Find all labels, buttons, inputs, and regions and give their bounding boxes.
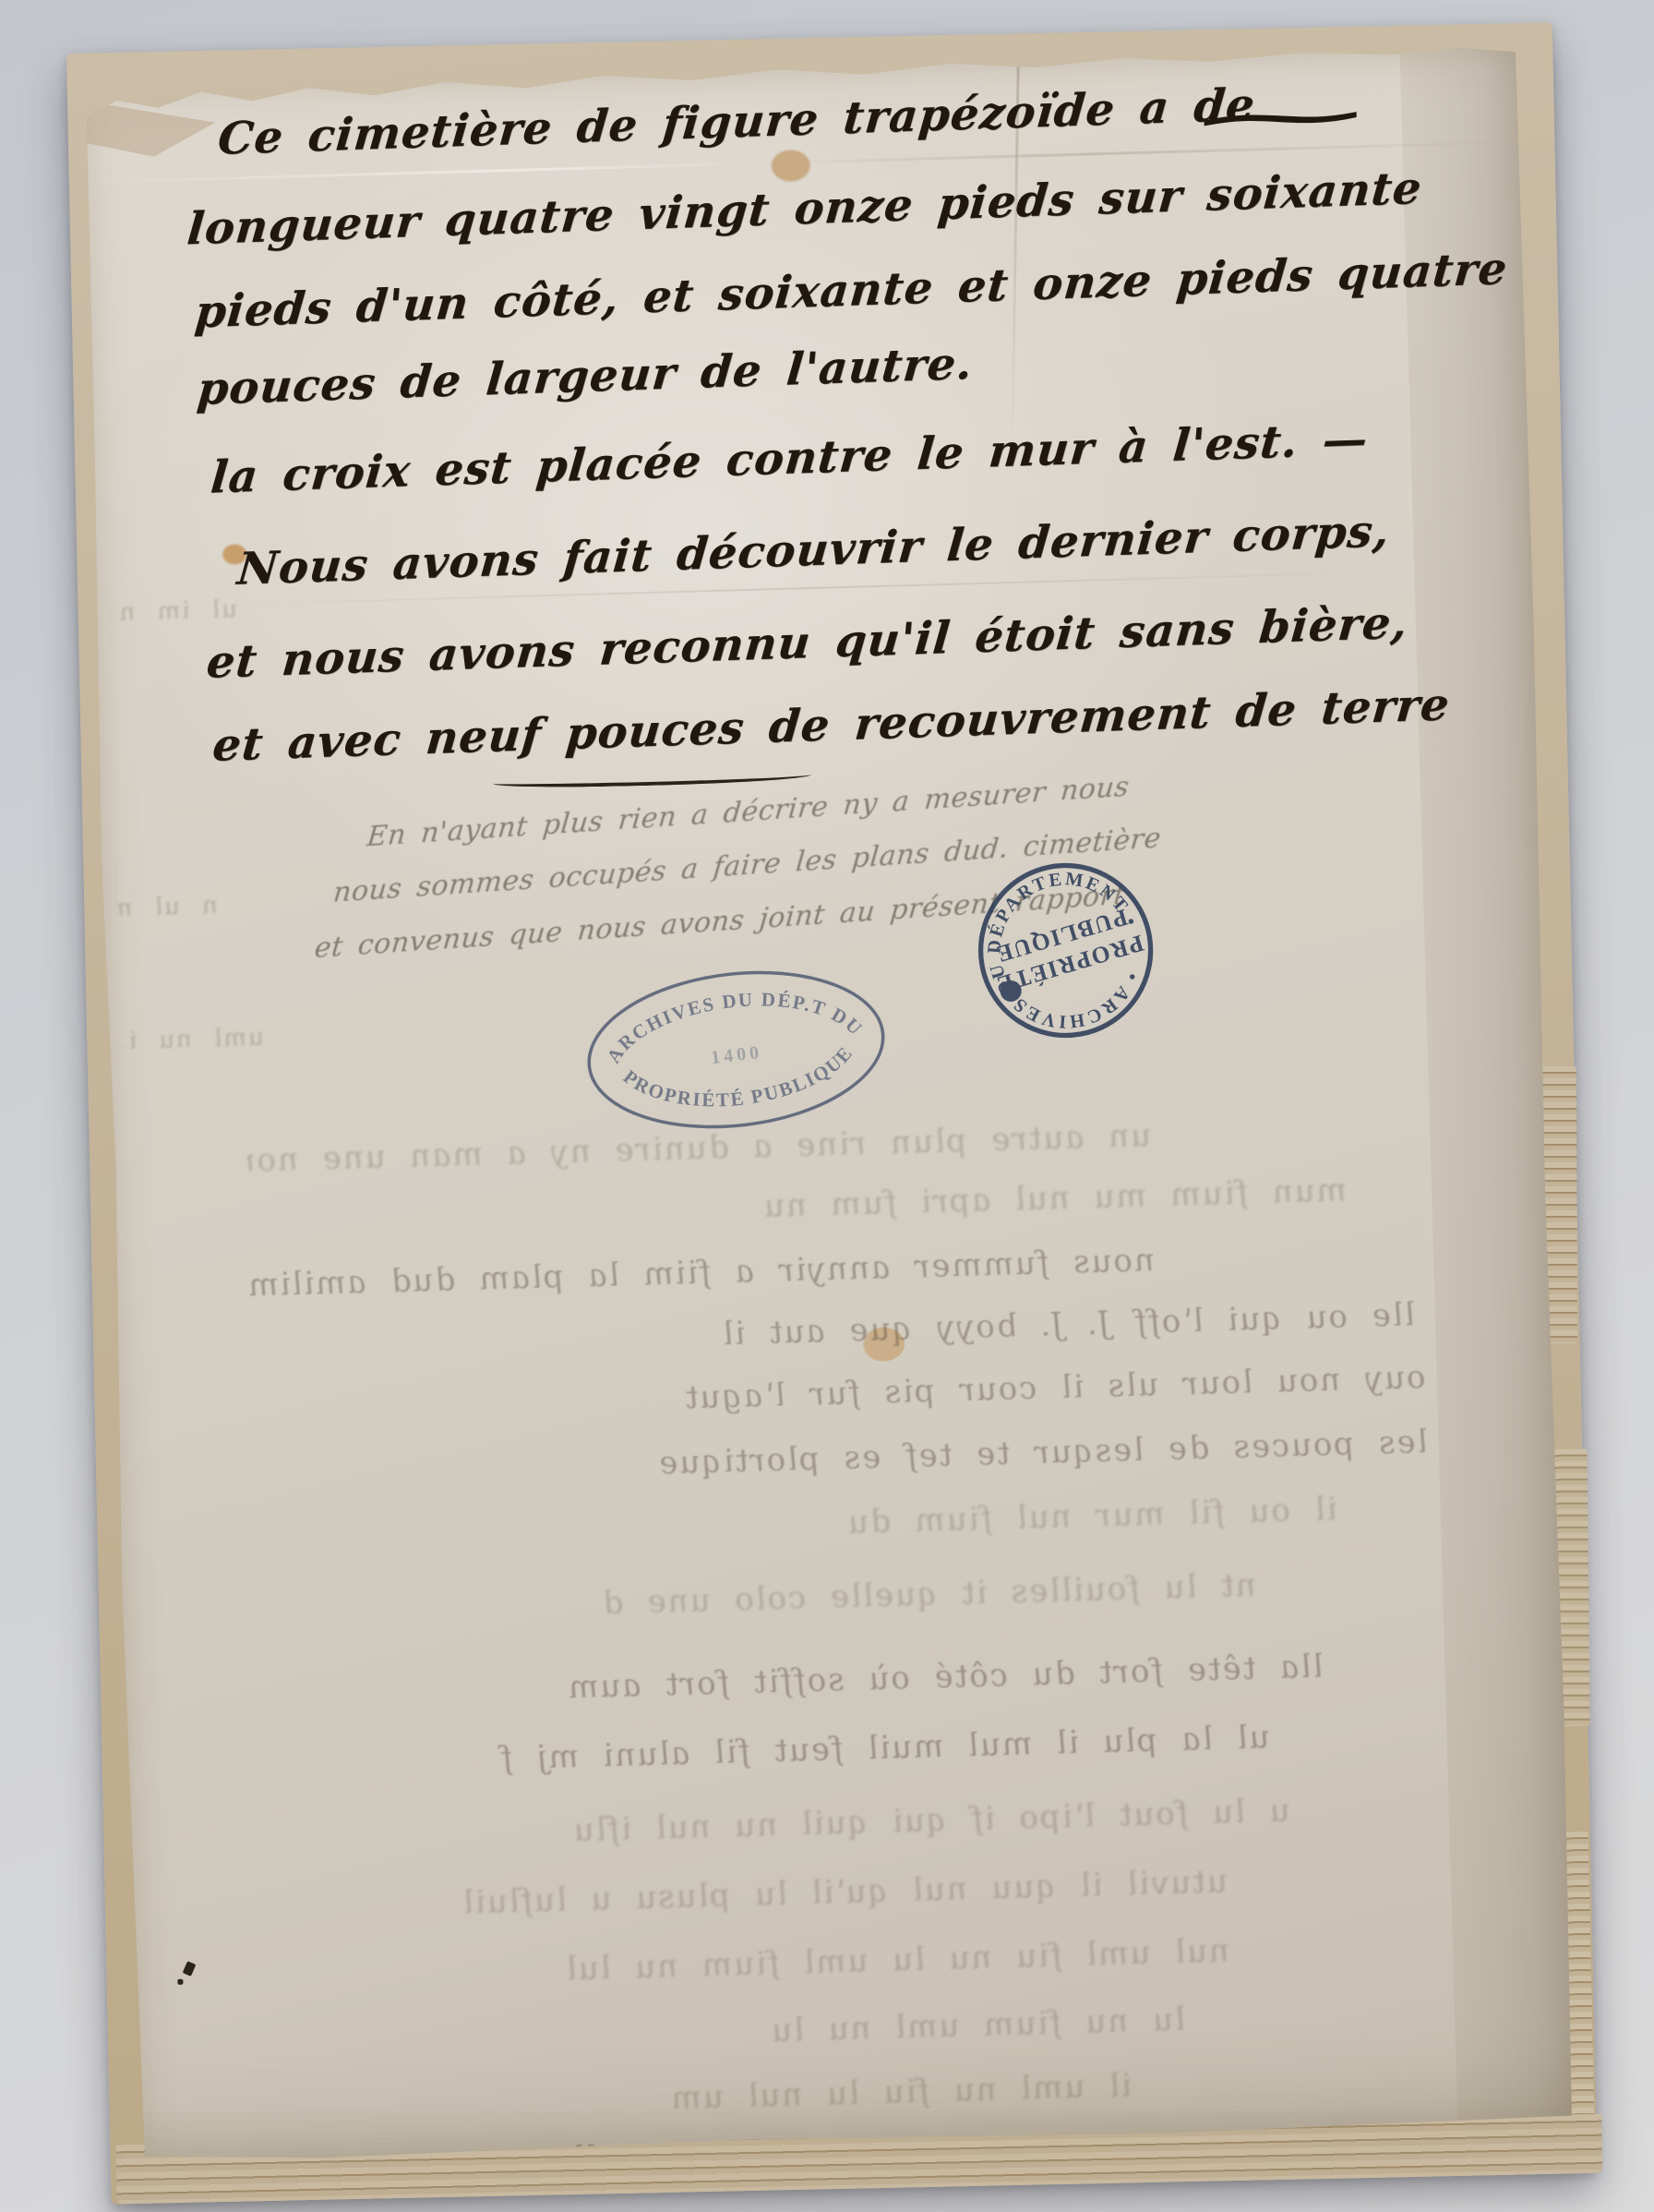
ghost-line: lle ou qui l'off J. J. boyy que aut il	[675, 1296, 1417, 1353]
oval-archive-stamp: ARCHIVES DU DÉP.T DU 1400 PROPRIÉTÉ PUBL…	[566, 946, 906, 1153]
ghost-line: utuvil il quu nul qu'il lu plusu u luflu…	[284, 1863, 1229, 1927]
ghost-line: il ou fil mur nul fium du	[634, 1490, 1339, 1546]
ghost-line: il uml nu fiu lu nul um	[373, 2067, 1133, 2125]
ghost-line: les pouces de lesqur te tef es plortique…	[651, 1424, 1430, 1483]
ghost-line: ul la plu il mul muil feut fil aluni mj …	[345, 1719, 1272, 1782]
handwriting-line: pieds d'un côté, et soixante et onze pie…	[193, 243, 1510, 338]
ghost-line: nous fummer annyir a fiim la plam dud am…	[230, 1242, 1157, 1304]
ghost-line: lu nu fium uml nu lu	[260, 2001, 1187, 2063]
pen-flourish: ~	[1178, 84, 1384, 151]
manuscript-page: Ce cimetière de figure trapézoïde a de ~…	[78, 44, 1577, 2165]
ghost-line: ouy nou lour uls il cour pis fur l'agut	[667, 1359, 1428, 1417]
ghost-line: lla tête fort du côté où soffit fort aum	[353, 1648, 1325, 1712]
ghost-line: nt lu fouilles it quelle colo une d	[424, 1567, 1258, 1627]
manuscript-underline	[493, 769, 811, 788]
round-archive-stamp: • ARCHIVES DU DÉPARTEMENT • PROPRIÉTÉ PU…	[941, 825, 1191, 1076]
round-stamp-graphic: • ARCHIVES DU DÉPARTEMENT • PROPRIÉTÉ PU…	[941, 825, 1191, 1076]
handwriting-line: pouces de largeur de l'autre.	[195, 338, 975, 415]
photo-backdrop: { "photo": { "background_color": "#cbced…	[0, 0, 1654, 2212]
ghost-line: u lu fout l'ipo if qui quil nu nul iflu	[310, 1792, 1292, 1857]
oval-stamp-center-text: 1400	[710, 1042, 763, 1068]
handwriting-line: la croix est placée contre le mur à l'es…	[209, 414, 1371, 504]
ghost-line: nul uml fiu nu lu uml fium nu lul	[268, 1932, 1231, 1996]
handwriting-line: Nous avons fait découvrir le dernier cor…	[235, 505, 1392, 595]
ghost-line: uml nu il	[124, 1024, 265, 1055]
oval-stamp-graphic: ARCHIVES DU DÉP.T DU 1400 PROPRIÉTÉ PUBL…	[566, 946, 906, 1153]
handwriting-line: et avec neuf pouces de recouvrement de t…	[210, 679, 1452, 772]
ink-stain	[771, 150, 810, 182]
handwriting-line: et nous avons reconnu qu'il étoit sans b…	[205, 597, 1410, 689]
ghost-line: n ul mi	[114, 892, 219, 922]
ghost-line: mun fium mu nul apri fum nu	[680, 1172, 1348, 1227]
ink-speck	[183, 1961, 197, 1977]
ink-speck	[177, 1979, 183, 1985]
ghost-line: ul im nu	[115, 595, 238, 627]
